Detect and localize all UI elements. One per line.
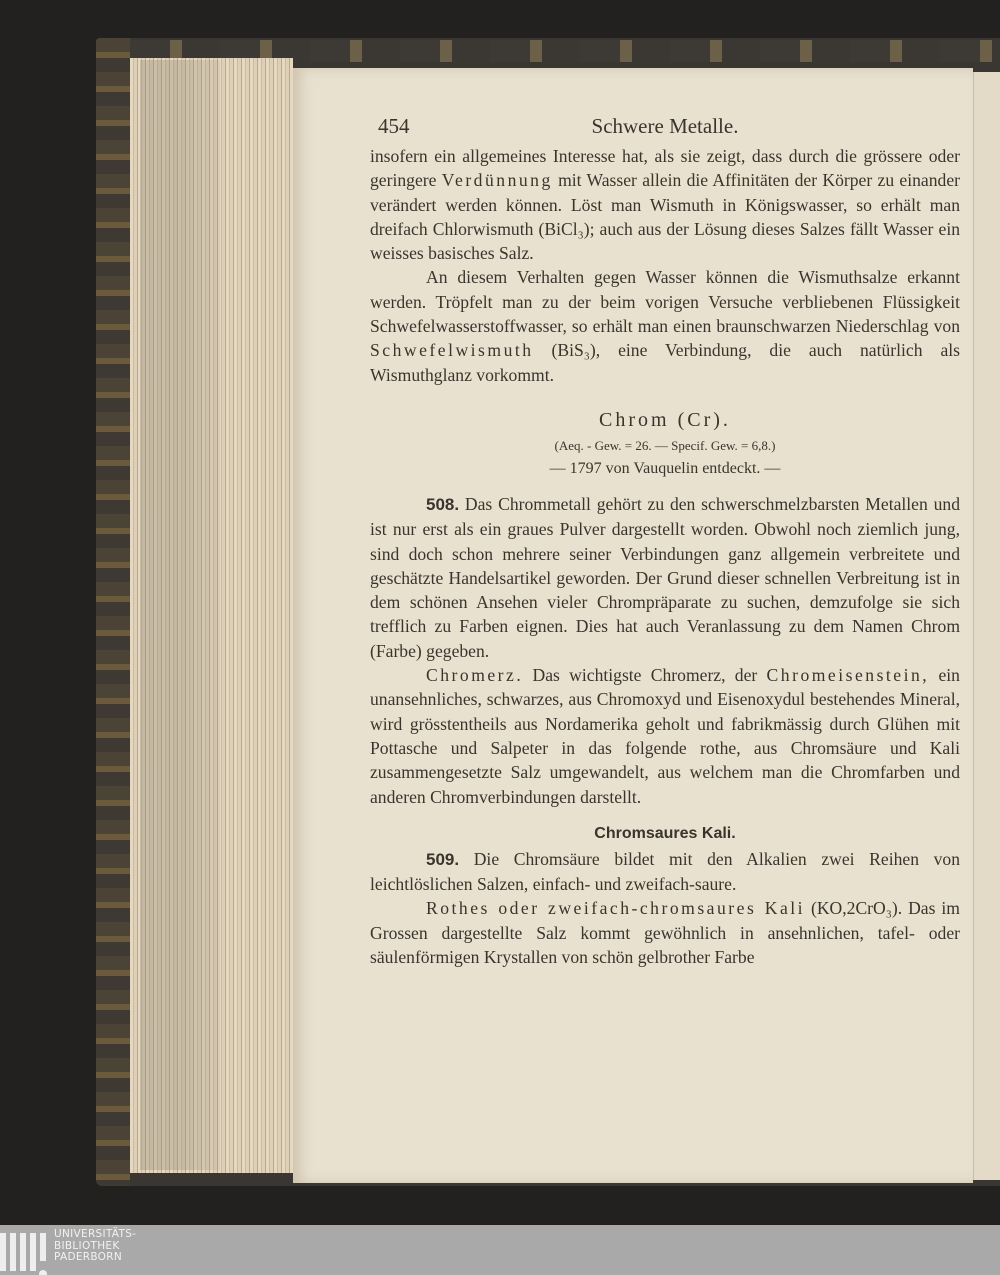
- section-title: Chrom (Cr).: [370, 409, 960, 432]
- page-text: 454 Schwere Metalle. insofern ein allgem…: [370, 108, 960, 969]
- logo-dot: [39, 1270, 47, 1275]
- chemical-formula: (KO,2CrO₃).: [811, 898, 902, 918]
- section-constants: (Aeq. - Gew. = 26. — Specif. Gew. = 6,8.…: [370, 438, 960, 454]
- wismuth-emphasis: Schwefelwismuth: [370, 340, 534, 360]
- book-spine: [96, 38, 130, 1186]
- next-page-edge: [973, 72, 1000, 1180]
- chromerz-emphasis: Chromeisenstein,: [767, 665, 930, 685]
- intro-emphasis: Verdünnung: [442, 170, 553, 190]
- paragraph-intro: insofern ein allgemeines Interesse hat, …: [370, 144, 960, 265]
- rothes-emphasis: Rothes oder zweifach-chromsaures Kali: [426, 898, 805, 918]
- paragraph-number: 508.: [426, 495, 459, 514]
- page-edges-shadow: [140, 60, 220, 1170]
- paragraph-509: 509. Die Chromsäure bildet mit den Alkal…: [370, 847, 960, 897]
- chromerz-text-1: Das wichtigste Chromerz, der: [533, 665, 758, 685]
- running-title: Schwere Metalle.: [370, 114, 960, 139]
- subsection-title: Chromsaures Kali.: [370, 825, 960, 843]
- library-logo-text: UNIVERSITÄTS- BIBLIOTHEK PADERBORN: [54, 1229, 136, 1264]
- chromerz-label: Chromerz.: [426, 665, 523, 685]
- running-head: 454 Schwere Metalle.: [370, 108, 960, 138]
- wismuth-text-1: An diesem Verhalten gegen Wasser können …: [370, 267, 960, 336]
- paragraph-rothes: Rothes oder zweifach-chromsaures Kali (K…: [370, 896, 960, 969]
- paragraph-chromerz: Chromerz. Das wichtigste Chromerz, der C…: [370, 663, 960, 809]
- library-logo-icon: [0, 1233, 48, 1273]
- logo-line-1: UNIVERSITÄTS-: [54, 1229, 136, 1241]
- paragraph-wismuth: An diesem Verhalten gegen Wasser können …: [370, 265, 960, 386]
- paragraph-508-text: Das Chrommetall gehört zu den schwerschm…: [370, 494, 960, 661]
- paragraph-509-text: Die Chromsäure bildet mit den Alkalien z…: [370, 849, 960, 894]
- paragraph-508: 508. Das Chrommetall gehört zu den schwe…: [370, 492, 960, 663]
- logo-line-3: PADERBORN: [54, 1252, 136, 1264]
- section-discovery: — 1797 von Vauquelin entdeckt. —: [370, 460, 960, 478]
- chromerz-text-2: ein unansehnliches, schwarzes, aus Chrom…: [370, 665, 960, 806]
- paragraph-number: 509.: [426, 850, 459, 869]
- library-footer: UNIVERSITÄTS- BIBLIOTHEK PADERBORN: [0, 1225, 1000, 1275]
